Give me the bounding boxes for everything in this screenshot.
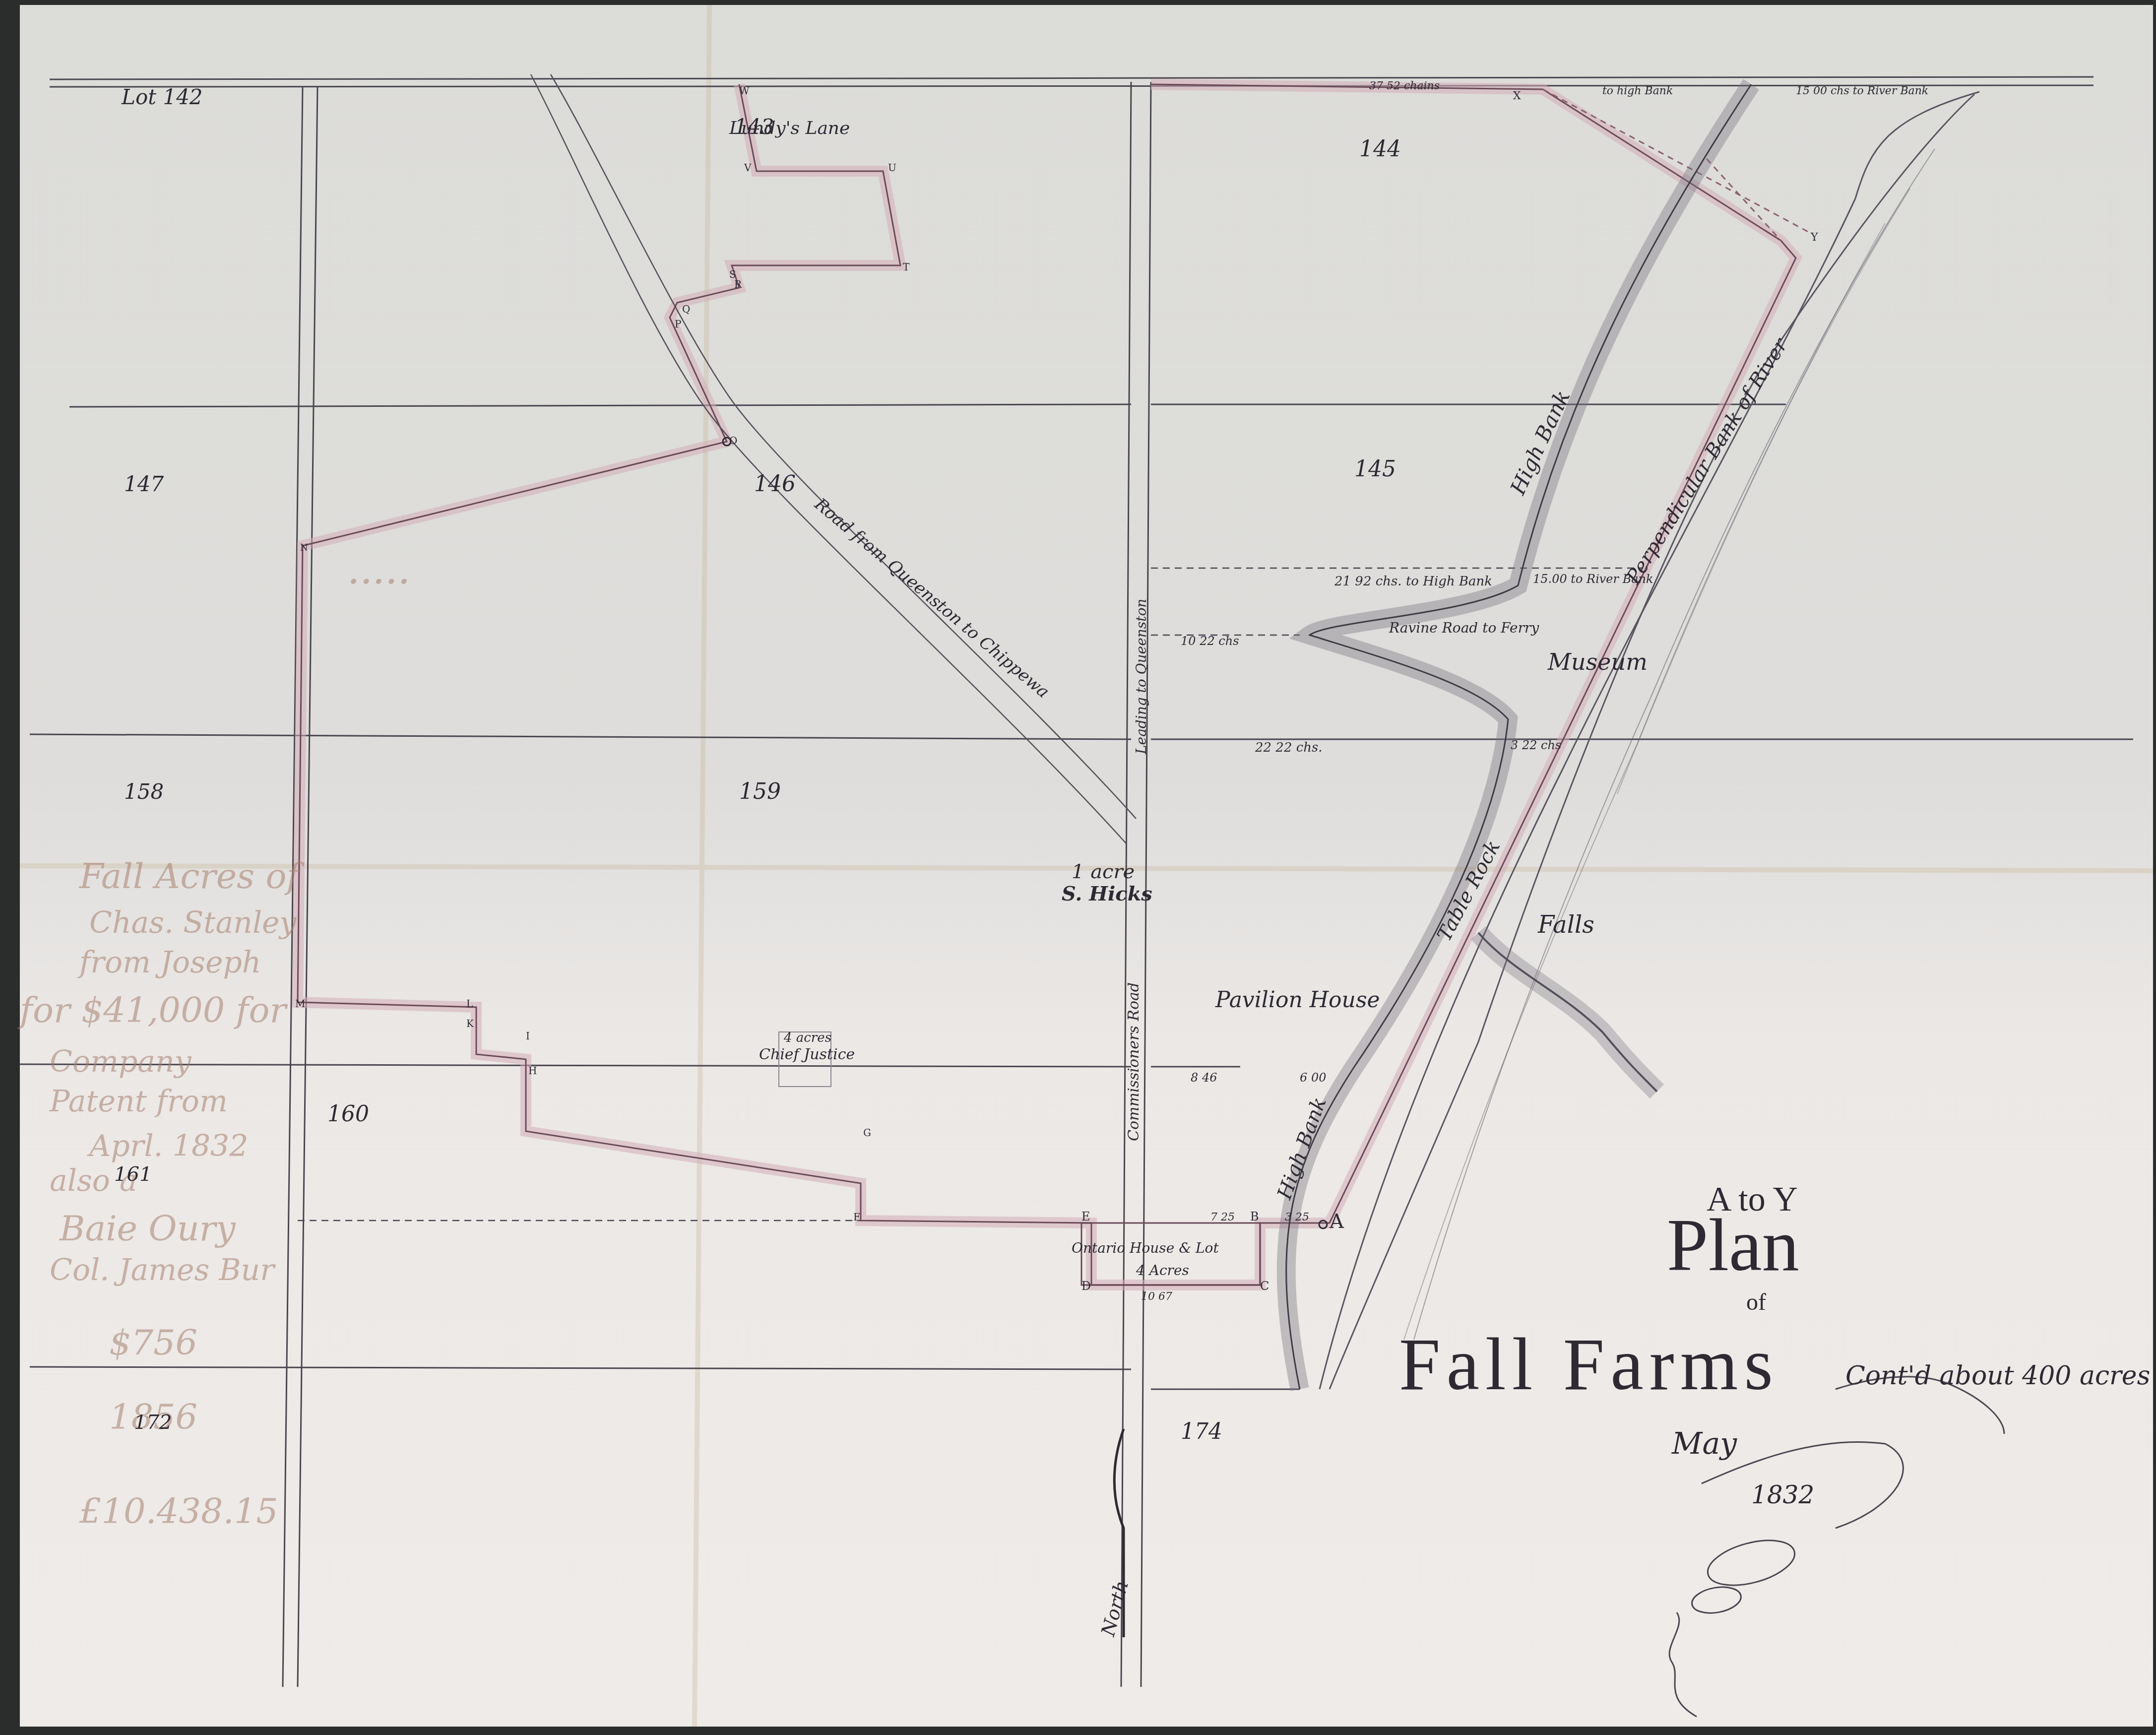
svg-text:Company: Company (50, 1044, 192, 1079)
measure-top-chains: 37 52 chains (1369, 80, 1440, 92)
title-subtitle: Cont'd about 400 acres (1845, 1361, 2150, 1391)
lot-144-label: 144 (1359, 136, 1401, 162)
svg-text:Patent from: Patent from (49, 1084, 228, 1119)
svg-text:Chas. Stanley: Chas. Stanley (89, 905, 297, 940)
svg-text:D: D (1081, 1279, 1091, 1293)
svg-text:Aprl. 1832: Aprl. 1832 (87, 1129, 248, 1163)
measure-ravine: 10 22 chs (1181, 634, 1239, 648)
title-fall-farms: Fall Farms (1399, 1323, 1779, 1406)
svg-text:G: G (863, 1127, 871, 1139)
svg-text:X: X (1513, 90, 1521, 102)
bleedthrough-text: Fall Acres of Chas. Stanley from Joseph … (17, 559, 410, 1532)
queenston-chippewa-road-label: Road from Queenston to Chippewa (810, 494, 1053, 703)
svg-text:I: I (526, 1030, 530, 1042)
measure-to-high-bank: to high Bank (1602, 85, 1673, 97)
measure-3: 3 22 chs (1511, 738, 1561, 752)
leading-to-queenston-label: Leading to Queenston (1133, 599, 1149, 755)
lot-160-label: 160 (327, 1101, 369, 1127)
svg-text:from Joseph: from Joseph (77, 945, 261, 980)
lot-142-label: Lot 142 (121, 85, 203, 109)
title-block: A to Y Plan of Fall Farms Cont'd about 4… (1399, 1180, 2150, 1509)
svg-text:W: W (739, 85, 750, 97)
chief-justice-acres-label: 4 acres (783, 1030, 831, 1045)
svg-text:M: M (295, 998, 305, 1010)
high-bank-escarpment (1286, 84, 1751, 1389)
svg-text:$756: $756 (109, 1322, 197, 1363)
svg-text:E: E (1081, 1210, 1090, 1223)
svg-text:S: S (729, 268, 736, 280)
hicks-name-label: S. Hicks (1062, 882, 1152, 905)
lot-146-label: 146 (754, 471, 796, 497)
perpendicular-bank-label: Perpendicular Bank of River (1622, 333, 1793, 588)
svg-text:Baie Oury: Baie Oury (59, 1208, 236, 1249)
ravine-road-label: Ravine Road to Ferry (1389, 620, 1539, 636)
svg-text:B: B (1250, 1210, 1259, 1223)
niagara-river (1320, 92, 1979, 1389)
svg-text:T: T (903, 261, 910, 273)
north-label: North (1097, 1578, 1133, 1639)
measure-725: 7 25 (1210, 1211, 1235, 1223)
measure-river-bank-mid: 15.00 to River Bank (1533, 572, 1653, 586)
measure-846: 8 46 (1191, 1071, 1217, 1085)
svg-text:Y: Y (1810, 231, 1818, 244)
svg-text:O: O (729, 435, 737, 447)
measure-600: 6 00 (1300, 1071, 1326, 1085)
lot-172-label: 172 (134, 1411, 172, 1434)
svg-text:P: P (675, 318, 681, 330)
svg-text:for $41,000 for: for $41,000 for (17, 990, 288, 1030)
svg-text:H: H (528, 1065, 537, 1077)
measure-high-bank-mid: 21 92 chs. to High Bank (1334, 574, 1492, 589)
ontario-house-label: Ontario House & Lot (1072, 1240, 1219, 1256)
title-of: of (1746, 1289, 1766, 1315)
horseshoe-falls (1478, 933, 1657, 1092)
falls-label: Falls (1537, 911, 1594, 939)
hicks-acre-label: 1 acre (1072, 860, 1135, 883)
svg-text:·····: ····· (347, 559, 410, 605)
map-canvas: Fall Acres of Chas. Stanley from Joseph … (0, 0, 2156, 1735)
property-boundary (298, 84, 1811, 1285)
measure-325: 3 25 (1285, 1211, 1309, 1223)
svg-text:C: C (1260, 1279, 1269, 1293)
museum-label: Museum (1547, 648, 1648, 675)
lot-159-label: 159 (739, 779, 781, 804)
lot-161-label: 161 (114, 1163, 152, 1186)
svg-text:U: U (888, 162, 896, 174)
measure-22: 22 22 chs. (1255, 740, 1323, 755)
svg-text:A: A (1329, 1210, 1344, 1233)
title-year: 1832 (1751, 1480, 1814, 1509)
queenston-chippewa-road (531, 74, 1136, 843)
title-plan: Plan (1667, 1204, 1799, 1286)
commissioners-road-label: Commissioners Road (1125, 982, 1142, 1141)
title-month: May (1671, 1426, 1737, 1461)
svg-text:L: L (466, 998, 473, 1010)
svg-text:£10.438.15: £10.438.15 (79, 1491, 278, 1532)
svg-text:F: F (853, 1211, 860, 1223)
svg-text:K: K (466, 1018, 474, 1029)
ontario-acres-label: 4 Acres (1136, 1262, 1189, 1279)
pavilion-house-label: Pavilion House (1215, 987, 1380, 1013)
lot-147-label: 147 (124, 472, 164, 496)
svg-text:V: V (744, 162, 752, 174)
svg-text:N: N (300, 543, 308, 553)
lot-143-label: 143 (734, 115, 774, 139)
lot-145-label: 145 (1354, 456, 1396, 482)
svg-text:Col. James Bur: Col. James Bur (50, 1253, 276, 1287)
chief-justice-label: Chief Justice (759, 1046, 855, 1063)
measure-1067: 10 67 (1141, 1290, 1172, 1303)
svg-text:Q: Q (682, 303, 690, 315)
svg-text:Fall Acres of: Fall Acres of (78, 856, 305, 897)
measurement-lines (298, 568, 1642, 1221)
measure-to-river-bank-top: 15 00 chs to River Bank (1796, 85, 1928, 97)
lot-174-label: 174 (1181, 1419, 1222, 1444)
lot-158-label: 158 (124, 779, 164, 804)
